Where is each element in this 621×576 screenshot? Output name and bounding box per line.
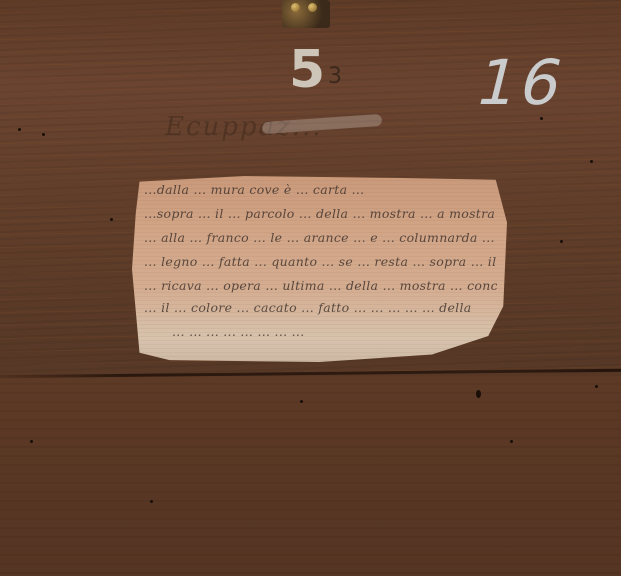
wooden-panel: Ecuppaz... 5 3 16 ...dalla ... mura cove… xyxy=(0,0,621,576)
label-line: ... ... ... ... ... ... ... ... xyxy=(172,324,307,339)
label-line: ... alla ... franco ... le ... arance ..… xyxy=(144,230,497,245)
label-line: ... ricava ... opera ... ultima ... dell… xyxy=(144,278,497,293)
handwritten-label: ...dalla ... mura cove è ... carta ... .… xyxy=(132,176,507,362)
screw-icon xyxy=(308,3,317,12)
screw-icon xyxy=(291,3,300,12)
label-line: ...sopra ... il ... parcolo ... della ..… xyxy=(144,206,497,221)
label-line: ...dalla ... mura cove è ... carta ... xyxy=(144,182,497,197)
label-line: ... legno ... fatta ... quanto ... se ..… xyxy=(144,254,497,269)
brass-hinge xyxy=(282,0,330,28)
label-line: ... il ... colore ... cacato ... fatto .… xyxy=(144,300,497,315)
lower-board xyxy=(0,374,621,576)
ink-mark: 3 xyxy=(328,64,342,89)
chalk-number-5: 5 xyxy=(289,44,325,96)
chalk-number-16: 16 xyxy=(470,52,572,114)
